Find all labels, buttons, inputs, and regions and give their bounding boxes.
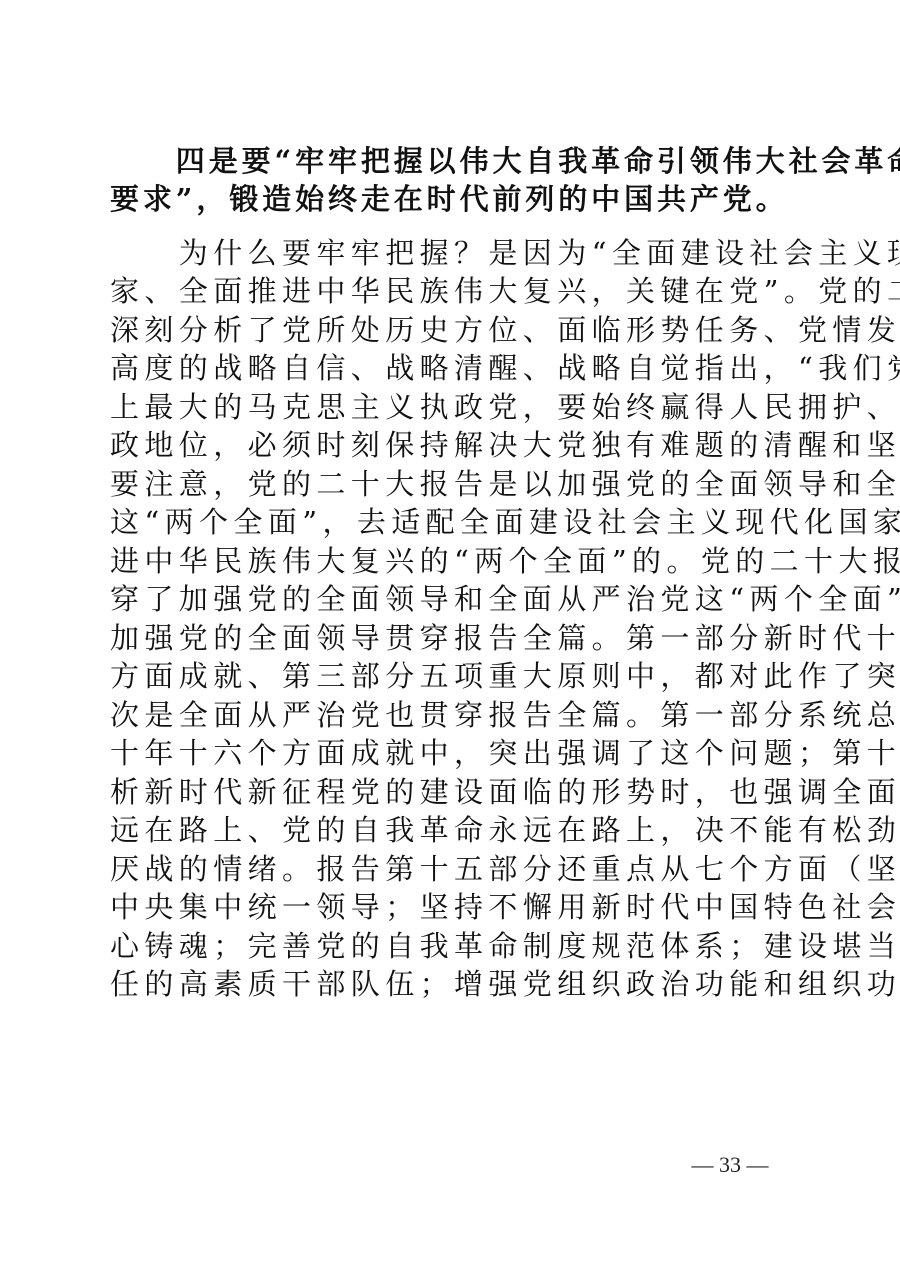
body-line: 这“两个全面”，去适配全面建设社会主义现代化国家、全面推 [110, 503, 772, 541]
body-line: 高度的战略自信、战略清醒、战略自觉指出，“我们党作为世界 [110, 349, 772, 387]
body-line: 方面成就、第三部分五项重大原则中，都对此作了突出强调。其 [110, 657, 772, 695]
body-line: 进中华民族伟大复兴的“两个全面”的。党的二十大报告全篇贯 [110, 542, 772, 580]
body-line: 次是全面从严治党也贯穿报告全篇。第一部分系统总结的新时代 [110, 696, 772, 734]
body-line: 远在路上、党的自我革命永远在路上，决不能有松劲歇脚、疲劳 [110, 811, 772, 849]
section-heading-line-2: 要求”，锻造始终走在时代前列的中国共产党。 [110, 180, 772, 218]
body-line: 深刻分析了党所处历史方位、面临形势任务、党情发展变化，以 [110, 311, 772, 349]
section-heading-line-1: 四是要“牢牢把握以伟大自我革命引领伟大社会革命的重要 [110, 142, 772, 180]
body-line: 穿了加强党的全面领导和全面从严治党这“两个全面”。首先是 [110, 580, 772, 618]
body-line: 上最大的马克思主义执政党，要始终赢得人民拥护、巩固长期执 [110, 388, 772, 426]
body-line: 家、全面推进中华民族伟大复兴，关键在党”。党的二十大报告 [110, 272, 772, 310]
body-line: 为什么要牢牢把握？是因为“全面建设社会主义现代化国 [110, 234, 772, 272]
body-line: 析新时代新征程党的建设面临的形势时，也强调全面从严治党永 [110, 773, 772, 811]
body-line: 加强党的全面领导贯穿报告全篇。第一部分新时代十年的十六个 [110, 619, 772, 657]
body-line: 厌战的情绪。报告第十五部分还重点从七个方面（坚持和加强党 [110, 850, 772, 888]
page-number: — 33 — [690, 1152, 770, 1178]
body-line: 任的高素质干部队伍；增强党组织政治功能和组织功能；坚持以 [110, 965, 772, 1003]
body-line: 中央集中统一领导；坚持不懈用新时代中国特色社会主义思想凝 [110, 888, 772, 926]
body-line: 心铸魂；完善党的自我革命制度规范体系；建设堪当民族复兴重 [110, 927, 772, 965]
body-line: 政地位，必须时刻保持解决大党独有难题的清醒和坚定。”一定 [110, 426, 772, 464]
body-line: 十年十六个方面成就中，突出强调了这个问题；第十五部分在分 [110, 734, 772, 772]
document-page: 四是要“牢牢把握以伟大自我革命引领伟大社会革命的重要 要求”，锻造始终走在时代前… [0, 0, 900, 1273]
body-line: 要注意，党的二十大报告是以加强党的全面领导和全面从严治党 [110, 465, 772, 503]
